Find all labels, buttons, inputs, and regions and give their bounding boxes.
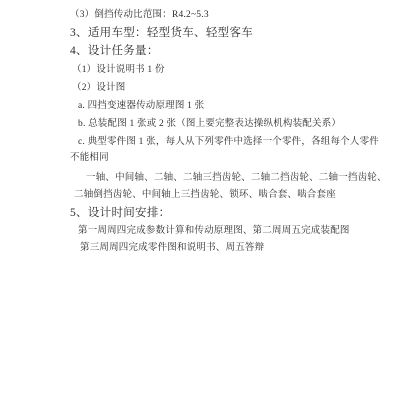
line-part-list-1: 一轴、中间轴、二轴、二轴三挡齿轮、二轴二挡齿轮、二轴一挡齿轮、 <box>86 172 387 184</box>
heading-design-schedule: 5、设计时间安排： <box>70 206 170 220</box>
line-design-specification: （1）设计说明书 1 份 <box>72 64 165 76</box>
line-item-b-assembly-drawing: b. 总装配图 1 张或 2 张（图上要完整表达操纵机构装配关系） <box>78 118 341 130</box>
line-item-c-typical-part: c. 典型零件图 1 张，每人从下列零件中选择一个零件，各组每个人零件 <box>78 136 379 148</box>
line-item-c-continued: 不能相同 <box>70 152 109 164</box>
line-schedule-week1-2: 第一周周四完成参数计算和传动原理图、第二周周五完成装配图 <box>78 225 350 237</box>
line-reverse-gear-ratio: （3）倒挡传动比范围：R4.2~5.3 <box>70 9 209 21</box>
document-page: （3）倒挡传动比范围：R4.2~5.3 3、适用车型：轻型货车、轻型客车 4、设… <box>0 0 400 400</box>
line-part-list-2: 二轴倒挡齿轮、中间轴上三挡齿轮、锁环、啮合套、啮合套座 <box>74 189 336 201</box>
line-item-a-transmission-principle: a. 四挡变速器传动原理图 1 张 <box>78 100 204 112</box>
line-schedule-week3: 第三周周四完成零件图和说明书、周五答辩 <box>80 242 264 254</box>
heading-design-task-amount: 4、设计任务量： <box>70 44 159 58</box>
line-design-drawings: （2）设计图 <box>72 82 125 94</box>
heading-applicable-vehicle-type: 3、适用车型：轻型货车、轻型客车 <box>70 26 253 40</box>
